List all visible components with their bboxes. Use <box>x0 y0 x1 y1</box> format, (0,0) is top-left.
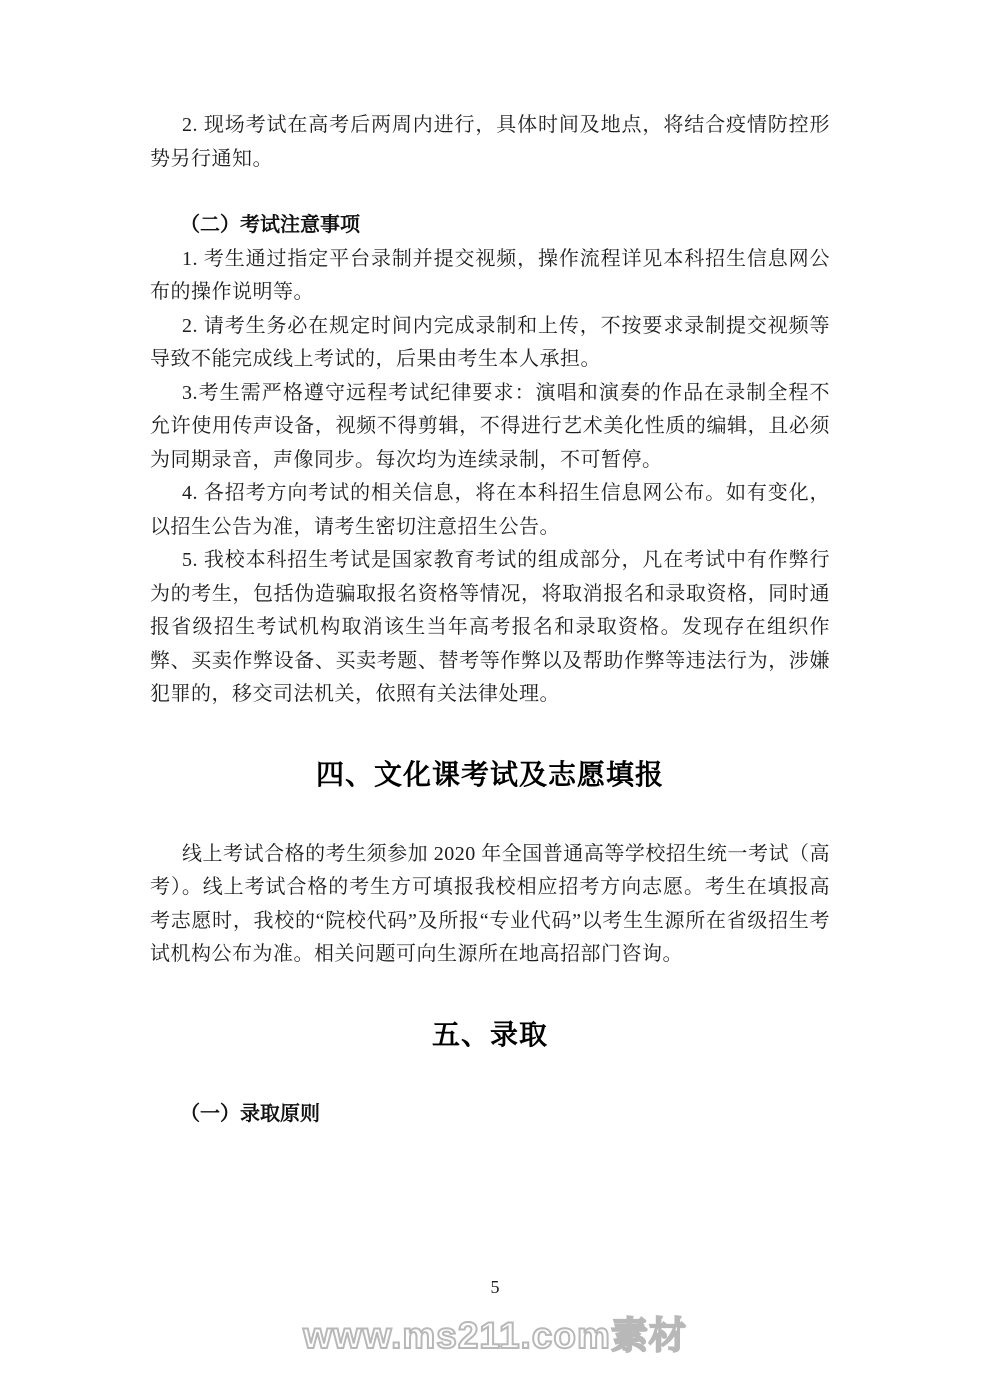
paragraph-culture-exam: 线上考试合格的考生须参加 2020 年全国普通高等学校招生统一考试（高考）。线上… <box>150 838 830 972</box>
paragraph-note-4: 4. 各招考方向考试的相关信息，将在本科招生信息网公布。如有变化，以招生公告为准… <box>150 477 830 544</box>
paragraph-note-1: 1. 考生通过指定平台录制并提交视频，操作流程详见本科招生信息网公布的操作说明等… <box>150 243 830 310</box>
chapter-heading-admission: 五、录取 <box>150 1016 830 1056</box>
paragraph-onsite-exam-notice: 2. 现场考试在高考后两周内进行，具体时间及地点，将结合疫情防控形势另行通知。 <box>150 109 830 176</box>
paragraph-note-2: 2. 请考生务必在规定时间内完成录制和上传，不按要求录制提交视频等导致不能完成线… <box>150 310 830 377</box>
subheading-exam-notes: （二）考试注意事项 <box>180 209 830 243</box>
watermark-text: www.ms211.com素材 <box>0 1314 990 1358</box>
page-number: 5 <box>0 1276 990 1298</box>
document-page: 2. 现场考试在高考后两周内进行，具体时间及地点，将结合疫情防控形势另行通知。 … <box>0 0 990 1399</box>
chapter-heading-culture-exam: 四、文化课考试及志愿填报 <box>150 756 830 796</box>
paragraph-note-3: 3.考生需严格遵守远程考试纪律要求：演唱和演奏的作品在录制全程不允许使用传声设备… <box>150 377 830 478</box>
paragraph-note-5: 5. 我校本科招生考试是国家教育考试的组成部分，凡在考试中有作弊行为的考生，包括… <box>150 544 830 712</box>
subheading-admission-principles: （一）录取原则 <box>180 1098 830 1132</box>
document-body: 2. 现场考试在高考后两周内进行，具体时间及地点，将结合疫情防控形势另行通知。 … <box>150 109 830 1131</box>
